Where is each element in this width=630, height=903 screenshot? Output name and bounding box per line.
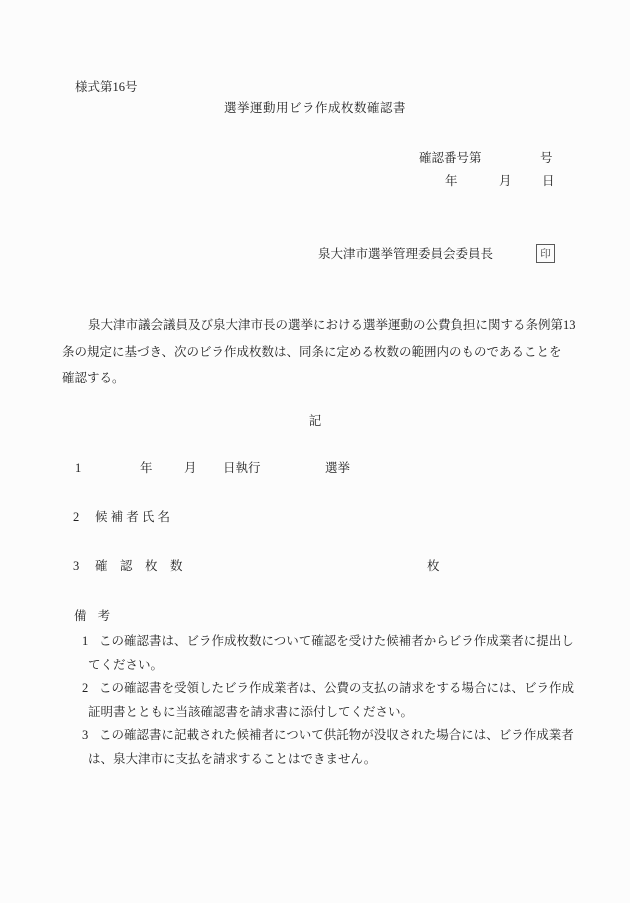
item-1-day-exec-label: 日執行: [223, 461, 261, 476]
issuer-title: 泉大津市選挙管理委員会委員長: [318, 247, 493, 262]
remark-item: 1この確認書は、ビラ作成枚数について確認を受けた候補者からビラ作成業者に提出し …: [88, 630, 568, 677]
remark-number: 2: [82, 677, 99, 701]
date-month-label: 月: [499, 174, 512, 189]
item-3-count-unit-label: 枚: [427, 559, 440, 574]
remark-item: 3この確認書に記載された候補者について供託物が没収された場合には、ビラ作成業者 …: [88, 724, 568, 771]
remark-text: この確認書を受領したビラ作成業者は、公費の支払の請求をする場合には、ビラ作成: [99, 681, 574, 695]
remark-line: てください。: [88, 654, 568, 678]
confirmation-number-prefix: 確認番号第: [419, 151, 482, 166]
page-title: 選挙運動用ビラ作成枚数確認書: [0, 101, 630, 116]
remark-item: 2この確認書を受領したビラ作成業者は、公費の支払の請求をする場合には、ビラ作成 …: [88, 677, 568, 724]
remark-line: 証明書とともに当該確認書を請求書に添付してください。: [88, 701, 568, 725]
item-3-number: 3: [73, 559, 79, 574]
item-3-count-label: 確 認 枚 数: [95, 559, 183, 574]
item-2-candidate-name-label: 候 補 者 氏 名: [95, 510, 170, 525]
body-line: 確認する。: [62, 365, 564, 392]
remark-line: 2この確認書を受領したビラ作成業者は、公費の支払の請求をする場合には、ビラ作成: [82, 677, 568, 701]
item-1-number: 1: [75, 461, 81, 476]
item-2-number: 2: [73, 510, 79, 525]
remark-text: この確認書に記載された候補者について供託物が没収された場合には、ビラ作成業者: [99, 728, 574, 742]
document-page: 様式第16号 選挙運動用ビラ作成枚数確認書 確認番号第 号 年 月 日 泉大津市…: [0, 0, 630, 903]
remark-number: 1: [82, 630, 99, 654]
form-number: 様式第16号: [75, 80, 138, 95]
item-1-election-label: 選挙: [325, 461, 350, 476]
remark-number: 3: [82, 724, 99, 748]
item-1-year-label: 年: [140, 461, 153, 476]
item-1-month-label: 月: [184, 461, 197, 476]
remark-line: 1この確認書は、ビラ作成枚数について確認を受けた候補者からビラ作成業者に提出し: [82, 630, 568, 654]
remarks-heading: 備 考: [74, 609, 114, 624]
seal-mark: 印: [536, 244, 555, 263]
date-year-label: 年: [445, 174, 458, 189]
date-day-label: 日: [542, 174, 555, 189]
remark-line: 3この確認書に記載された候補者について供託物が没収された場合には、ビラ作成業者: [82, 724, 568, 748]
remark-line: は、泉大津市に支払を請求することはできません。: [88, 748, 568, 772]
remark-text: この確認書は、ビラ作成枚数について確認を受けた候補者からビラ作成業者に提出し: [99, 634, 574, 648]
body-paragraph: 泉大津市議会議員及び泉大津市長の選挙における選挙運動の公費負担に関する条例第13…: [62, 312, 564, 392]
body-line: 泉大津市議会議員及び泉大津市長の選挙における選挙運動の公費負担に関する条例第13: [62, 312, 564, 339]
body-line: 条の規定に基づき、次のビラ作成枚数は、同条に定める枚数の範囲内のものであることを: [62, 339, 564, 366]
confirmation-number-suffix: 号: [540, 151, 553, 166]
list-heading: 記: [0, 414, 630, 429]
